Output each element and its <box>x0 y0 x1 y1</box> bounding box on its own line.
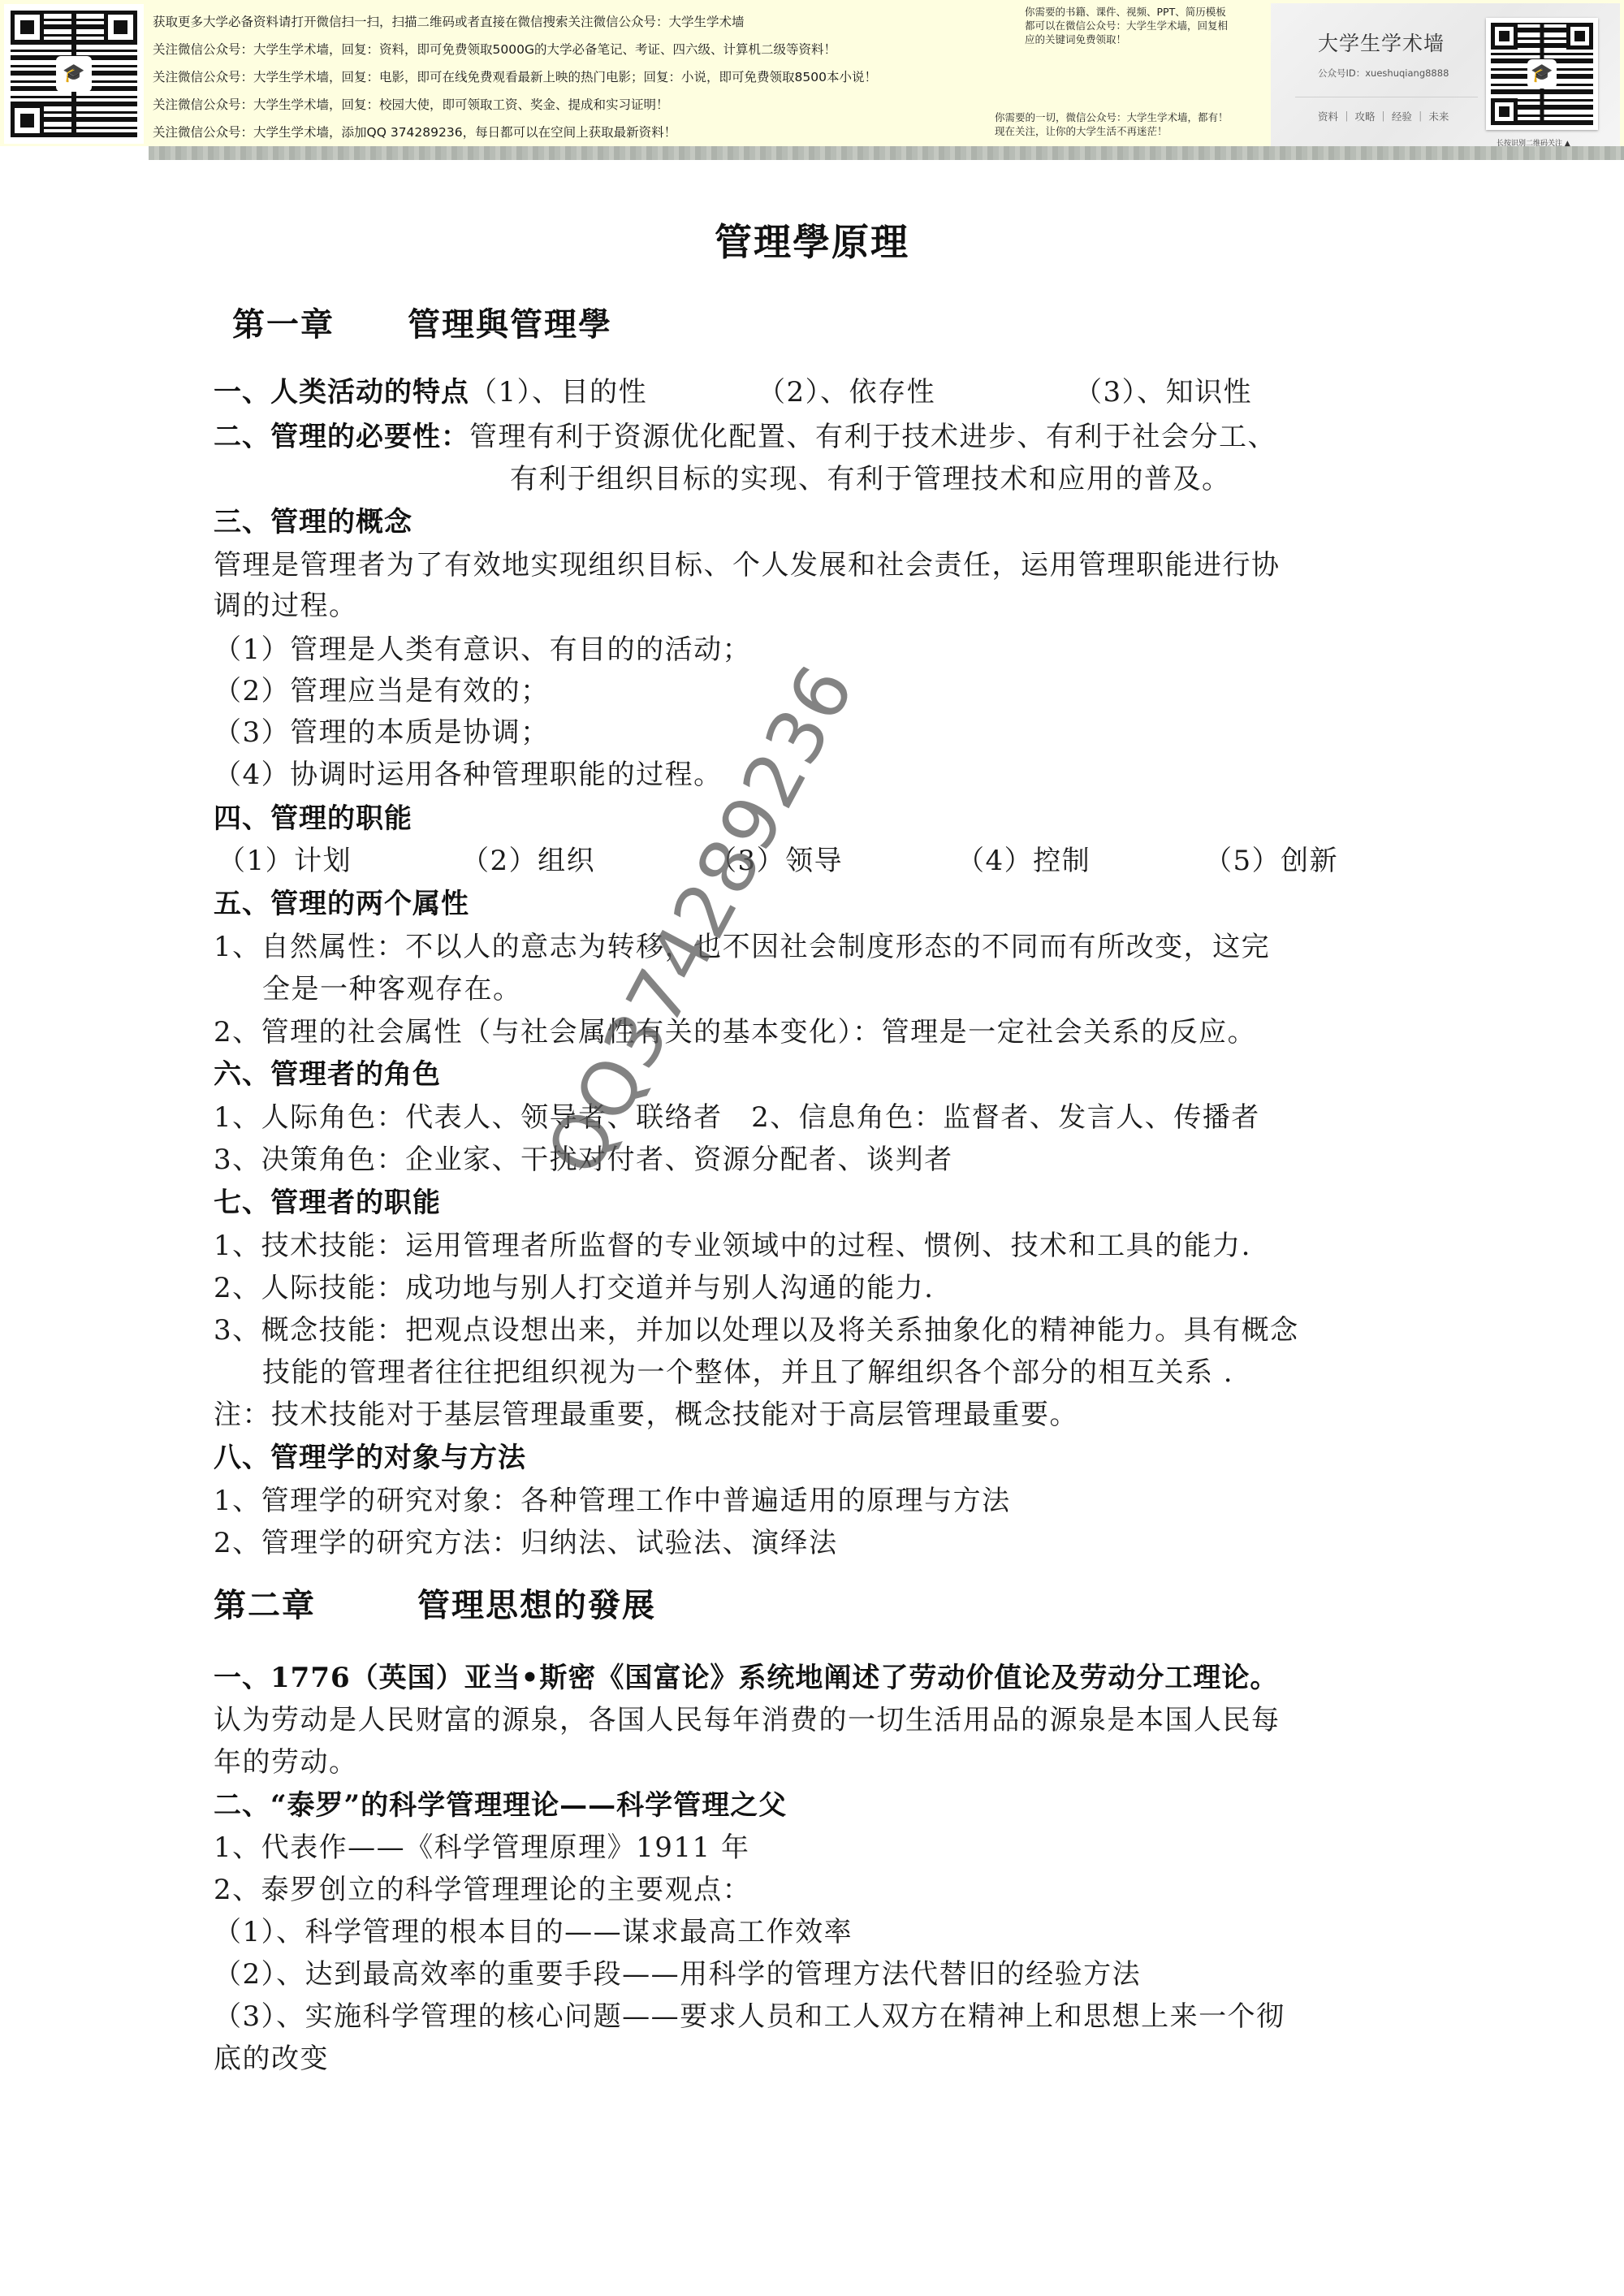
paragraph-line: 1、人际角色：代表人、领导者、联络者 2、信息角色：监督者、发言人、传播者 <box>214 1095 1260 1135</box>
paragraph-line: 3、概念技能：把观点设想出来，并加以处理以及将关系抽象化的精神能力。具有概念 <box>214 1308 1299 1347</box>
paragraph-line: 年的劳动。 <box>214 1740 358 1779</box>
banner-side-note-bottom: 你需要的一切，微信公众号：大学生学术墙，都有！ 现在关注，让你的大学生活不再迷茫… <box>995 110 1303 138</box>
paragraph-line: 1、管理学的研究对象：各种管理工作中普遍适用的原理与方法 <box>214 1478 1011 1518</box>
section-heading: 一、1776（英国）亚当•斯密《国富论》系统地阐述了劳动价值论及劳动分工理论。 <box>214 1655 1278 1695</box>
function-item: （4）控制 <box>957 838 1204 878</box>
graduation-cap-icon: 🎓 <box>56 56 92 92</box>
function-item: （1）计划 <box>218 838 461 878</box>
section-heading: 二、“泰罗”的科学管理理论——科学管理之父 <box>214 1783 787 1823</box>
qr-code-right: 🎓 <box>1486 18 1598 130</box>
function-item: （5）创新 <box>1204 838 1338 878</box>
chapter-name: 管理與管理學 <box>408 305 612 344</box>
section-heading: 六、管理者的角色 <box>214 1052 441 1092</box>
qr-caption: 长按识别二维码关注 ▲ <box>1497 137 1570 148</box>
paragraph-line: 2、管理学的研究方法：归纳法、试验法、演绎法 <box>214 1520 838 1560</box>
paragraph-line: 1、代表作——《科学管理原理》1911 年 <box>214 1825 749 1865</box>
side-note-line: 你需要的一切，微信公众号：大学生学术墙，都有！ <box>995 110 1303 124</box>
chapter-2-heading: 第二章管理思想的發展 <box>214 1580 656 1626</box>
paragraph-line: 认为劳动是人民财富的源泉，各国人民每年消费的一切生活用品的源泉是本国人民每 <box>214 1697 1281 1737</box>
list-item: （3）、实施科学管理的核心问题——要求人员和工人双方在精神上和思想上来一个彻 <box>214 1994 1285 2034</box>
banner-line: 关注微信公众号：大学生学术墙，回复：电影，即可在线免费观看最新上映的热门电影；回… <box>153 63 1013 91</box>
paragraph-line: 全是一种客观存在。 <box>262 966 522 1006</box>
list-item: （2）、达到最高效率的重要手段——用科学的管理方法代替旧的经验方法 <box>214 1952 1141 1991</box>
list-item: （2）管理应当是有效的； <box>214 668 550 708</box>
brand-name: 大学生学术墙 <box>1318 28 1445 57</box>
paragraph-line: 2、泰罗创立的科学管理理论的主要观点： <box>214 1867 751 1907</box>
page-title: 管理學原理 <box>0 213 1624 266</box>
chapter-name: 管理思想的發展 <box>417 1586 656 1624</box>
chapter-1-heading: 第一章管理與管理學 <box>232 299 612 345</box>
side-note-line: 都可以在微信公众号：大学生学术墙，回复相 <box>1025 19 1285 32</box>
section-heading: 五、管理的两个属性 <box>214 881 469 921</box>
paragraph-line: 底的改变 <box>214 2036 329 2076</box>
side-note-line: 应的关键词免费领取！ <box>1025 32 1285 46</box>
section-heading: 二、管理的必要性： <box>214 414 469 454</box>
list-item: （4）协调时运用各种管理职能的过程。 <box>214 752 723 792</box>
divider <box>1295 97 1478 97</box>
chapter-number: 第一章 <box>232 305 335 344</box>
section-necessity: 二、管理的必要性： 管理有利于资源优化配置、有利于技术进步、有利于社会分工、 <box>214 414 1276 454</box>
brand-tags: 资料 ｜ 攻略 ｜ 经验 ｜ 未来 <box>1318 109 1449 123</box>
banner-line: 关注微信公众号：大学生学术墙，回复：资料，即可免费领取5000G的大学必备笔记、… <box>153 36 1013 63</box>
side-note-line: 你需要的书籍、课件、视频、PPT、简历模板 <box>1025 5 1285 19</box>
note-line: 注：技术技能对于基层管理最重要，概念技能对于高层管理最重要。 <box>214 1392 1078 1432</box>
paragraph-line: 管理是管理者为了有效地实现组织目标、个人发展和社会责任，运用管理职能进行协 <box>214 543 1281 582</box>
qr-code-icon: 🎓 <box>11 11 137 137</box>
qr-code-icon: 🎓 <box>1491 23 1593 125</box>
paragraph-line: 管理有利于资源优化配置、有利于技术进步、有利于社会分工、 <box>469 414 1276 454</box>
paragraph-line: 1、技术技能：运用管理者所监督的专业领域中的过程、惯例、技术和工具的能力. <box>214 1223 1251 1263</box>
list-item: （1）、科学管理的根本目的——谋求最高工作效率 <box>214 1909 853 1949</box>
banner-side-note-top: 你需要的书籍、课件、视频、PPT、简历模板 都可以在微信公众号：大学生学术墙，回… <box>1025 5 1285 46</box>
banner-text-lines: 获取更多大学必备资料请打开微信扫一扫，扫描二维码或者直接在微信搜索关注微信公众号… <box>153 8 1013 146</box>
brand-id: 公众号ID：xueshuqiang8888 <box>1318 67 1449 80</box>
graduation-cap-icon: 🎓 <box>1527 59 1556 88</box>
paragraph-line: 有利于组织目标的实现、有利于管理技术和应用的普及。 <box>510 456 1231 496</box>
function-item: （2）组织 <box>461 838 709 878</box>
section-activity-traits: 一、人类活动的特点 （1）、目的性 （2）、依存性 （3）、知识性 <box>214 370 1252 409</box>
trait-item: （2）、依存性 <box>758 370 1074 409</box>
banner-line: 获取更多大学必备资料请打开微信扫一扫，扫描二维码或者直接在微信搜索关注微信公众号… <box>153 8 1013 36</box>
banner-line: 关注微信公众号：大学生学术墙，回复：校园大使，即可领取工资、奖金、提成和实习证明… <box>153 91 1013 119</box>
list-item: （3）管理的本质是协调； <box>214 710 550 750</box>
paragraph-line: 2、管理的社会属性（与社会属性有关的基本变化）：管理是一定社会关系的反应。 <box>214 1010 1256 1049</box>
qr-code-left: 🎓 <box>4 4 144 144</box>
section-heading: 一、人类活动的特点 <box>214 370 469 409</box>
section-heading: 三、管理的概念 <box>214 499 412 539</box>
paragraph-line: 2、人际技能：成功地与别人打交道并与别人沟通的能力. <box>214 1265 934 1305</box>
paragraph-line: 调的过程。 <box>214 583 358 623</box>
list-item: （1）管理是人类有意识、有目的的活动； <box>214 627 751 667</box>
trait-item: （1）、目的性 <box>469 370 758 409</box>
section-heading: 八、管理学的对象与方法 <box>214 1435 526 1475</box>
promo-banner: 🎓 获取更多大学必备资料请打开微信扫一扫，扫描二维码或者直接在微信搜索关注微信公… <box>0 0 1624 160</box>
section-heading: 四、管理的职能 <box>214 796 412 836</box>
trait-item: （3）、知识性 <box>1074 370 1252 409</box>
chapter-number: 第二章 <box>214 1586 316 1624</box>
banner-line: 关注微信公众号：大学生学术墙，添加QQ 374289236，每日都可以在空间上获… <box>153 119 1013 146</box>
section-heading: 七、管理者的职能 <box>214 1180 441 1220</box>
side-note-line: 现在关注，让你的大学生活不再迷茫！ <box>995 124 1303 138</box>
paragraph-line: 技能的管理者往往把组织视为一个整体，并且了解组织各个部分的相互关系 . <box>262 1350 1233 1390</box>
